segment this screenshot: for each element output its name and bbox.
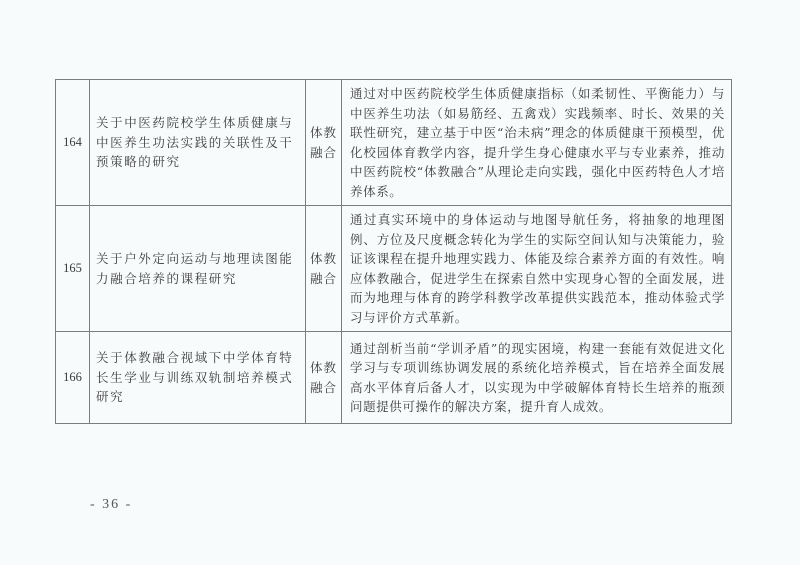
- document-page: 164 关于中医药院校学生体质健康与中医养生功法实践的关联性及干预策略的研究 体…: [0, 0, 800, 565]
- row-description: 通过真实环境中的身体运动与地图导航任务，将抽象的地理图例、方位及尺度概念转化为学…: [342, 206, 732, 332]
- page-number: - 36 -: [90, 497, 132, 513]
- row-category: 体教融合: [306, 332, 342, 424]
- table-row: 165 关于户外定向运动与地理读图能力融合培养的课程研究 体教融合 通过真实环境…: [56, 206, 732, 332]
- project-table: 164 关于中医药院校学生体质健康与中医养生功法实践的关联性及干预策略的研究 体…: [55, 79, 732, 424]
- row-title: 关于体教融合视域下中学体育特长生学业与训练双轨制培养模式研究: [90, 332, 306, 424]
- row-title: 关于中医药院校学生体质健康与中医养生功法实践的关联性及干预策略的研究: [90, 80, 306, 206]
- row-description: 通过对中医药院校学生体质健康指标（如柔韧性、平衡能力）与中医养生功法（如易筋经、…: [342, 80, 732, 206]
- row-number: 165: [56, 206, 90, 332]
- table-row: 164 关于中医药院校学生体质健康与中医养生功法实践的关联性及干预策略的研究 体…: [56, 80, 732, 206]
- row-category: 体教融合: [306, 206, 342, 332]
- row-category: 体教融合: [306, 80, 342, 206]
- row-number: 166: [56, 332, 90, 424]
- row-title: 关于户外定向运动与地理读图能力融合培养的课程研究: [90, 206, 306, 332]
- row-description: 通过剖析当前“学训矛盾”的现实困境，构建一套能有效促进文化学习与专项训练协调发展…: [342, 332, 732, 424]
- table-row: 166 关于体教融合视域下中学体育特长生学业与训练双轨制培养模式研究 体教融合 …: [56, 332, 732, 424]
- row-number: 164: [56, 80, 90, 206]
